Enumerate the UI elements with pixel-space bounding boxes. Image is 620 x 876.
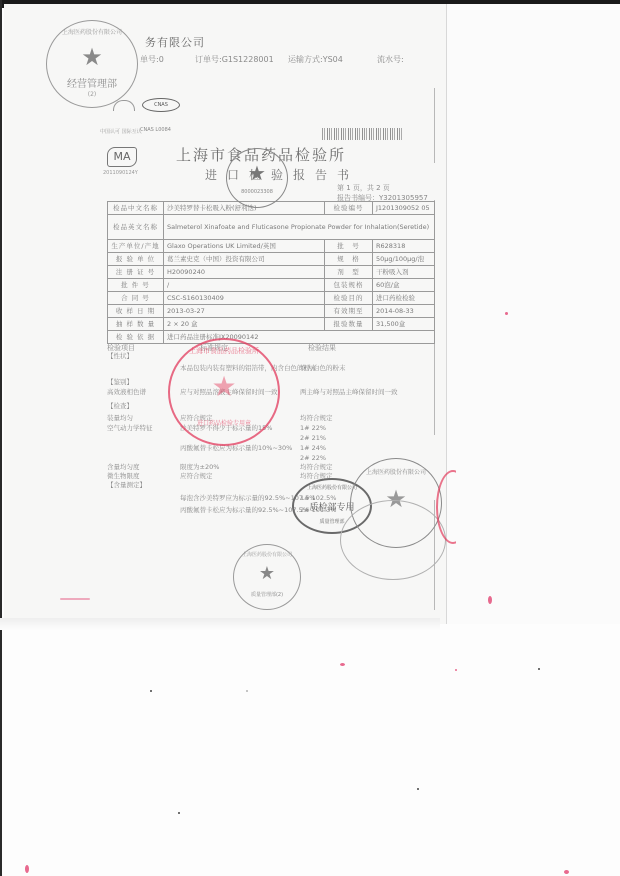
row-value: Glaxo Operations UK Limited/英国 (164, 240, 325, 253)
result-result: 1# 22% (300, 424, 326, 432)
faint-stamp-outline (340, 500, 446, 580)
row-label: 抽 样 数 量 (108, 318, 164, 331)
row-value: 2013-03-27 (164, 305, 325, 318)
result-item: 【性状】 (107, 352, 133, 360)
red-inspection-seal: 上海市食品药品检验所 ★ 进口药品检验专用章 (168, 338, 280, 446)
result-item: 含量均匀度 (107, 463, 140, 471)
sheet-shadow (0, 618, 440, 630)
institute-seal: ★ 8000023308 (226, 148, 288, 208)
row-label: 有效期至 (325, 305, 373, 318)
result-standard: 丙酸氟替卡松应为标示量的10%~30% (180, 444, 292, 452)
ink-speck (564, 870, 569, 874)
page-info: 第 1 页，共 2 页 (337, 183, 390, 193)
transport-method: 运输方式:YS04 (288, 54, 343, 65)
row-value: Salmeterol Xinafoate and Fluticasone Pro… (164, 215, 435, 240)
table-row: 注 册 证 号 H20090240 剂 型 干粉吸入剂 (108, 266, 435, 279)
result-standard: 应符合规定 (180, 472, 213, 480)
ma-logo: MA (107, 147, 137, 167)
dust (538, 668, 540, 670)
result-result: 均符合规定 (300, 463, 333, 471)
row-label: 检 验 依 据 (108, 331, 164, 344)
row-label: 检品英文名称 (108, 215, 164, 240)
table-row: 批 件 号 / 包装规格 60泡/盒 (108, 279, 435, 292)
result-result: 2# 21% (300, 434, 326, 442)
serial-number: 流水号: (377, 54, 404, 65)
row-value: 2014-08-33 (373, 305, 435, 318)
table-row: 检品英文名称 Salmeterol Xinafoate and Fluticas… (108, 215, 435, 240)
result-result: 均为白色的粉末 (300, 364, 346, 372)
row-value: H20090240 (164, 266, 325, 279)
scan-left-edge (0, 0, 2, 876)
row-label: 报 验 单 位 (108, 253, 164, 266)
row-value: 进口药检检验 (373, 292, 435, 305)
row-value: 葛兰素史克（中国）投资有限公司 (164, 253, 325, 266)
results-header-result: 检验结果 (308, 343, 336, 353)
row-value: 60泡/盒 (373, 279, 435, 292)
row-label: 注 册 证 号 (108, 266, 164, 279)
stamp-center-text: 进口药品检验专用章 (170, 418, 278, 427)
bottom-round-stamp: 上海医药股份有限公司 ★ 质量管理部(2) (233, 544, 301, 610)
stamp-ring-text: 上海医药股份有限公司 (351, 467, 441, 476)
result-result: 1# 24% (300, 444, 326, 452)
row-value: CSC-S160130409 (164, 292, 325, 305)
result-item: 【含量测定】 (107, 481, 146, 489)
row-label: 包装规格 (325, 279, 373, 292)
ink-speck (455, 669, 457, 671)
stamp-center-text: 质量管理部(2) (234, 591, 300, 598)
table-row: 生产单位/产地 Glaxo Operations UK Limited/英国 批… (108, 240, 435, 253)
order-number: 订单号:G1S1228001 (195, 54, 274, 65)
star-icon: ★ (227, 161, 287, 185)
row-value: 31,500盒 (373, 318, 435, 331)
row-value: / (164, 279, 325, 292)
dust (178, 812, 180, 814)
row-label: 收 样 日 期 (108, 305, 164, 318)
specimen-info-table: 检品中文名称 沙美特罗替卡松吸入粉(舒利迭) 检验编号 J1201309052 … (107, 201, 435, 344)
border-line (434, 88, 435, 163)
table-row: 检 验 依 据 进口药品注册标准JX20090142 (108, 331, 435, 344)
row-label: 检验编号 (325, 202, 373, 215)
row-label: 规 格 (325, 253, 373, 266)
table-row: 合 同 号 CSC-S160130409 检验目的 进口药检检验 (108, 292, 435, 305)
result-item: 【鉴别】 (107, 378, 133, 386)
result-result: 两主峰与对照品主峰保留时间一致 (300, 388, 398, 396)
cnas-logo: CNAS (142, 98, 180, 112)
result-item: 高效液相色谱 (107, 388, 146, 396)
row-value: 干粉吸入剂 (373, 266, 435, 279)
result-item: 装量均匀 (107, 414, 133, 422)
table-row: 收 样 日 期 2013-03-27 有效期至 2014-08-33 (108, 305, 435, 318)
result-item: 【检查】 (107, 402, 133, 410)
border-line (434, 340, 435, 435)
ink-speck (340, 663, 345, 666)
row-label: 批 件 号 (108, 279, 164, 292)
dust (246, 690, 248, 692)
table-row: 报 验 单 位 葛兰素史克（中国）投资有限公司 规 格 50μg/100μg/泡 (108, 253, 435, 266)
stamp-ring-text: 上海医药股份有限公司 (234, 551, 300, 558)
row-value: J1201309052 05 (373, 202, 435, 215)
result-standard: 丙酸氟替卡松应为标示量的92.5%~107.5% (180, 506, 309, 514)
result-item: 空气动力学特征 (107, 424, 153, 432)
dust (150, 690, 152, 692)
star-icon: ★ (234, 563, 300, 584)
row-label: 报验数量 (325, 318, 373, 331)
ilac-subtitle: 中国认可 国际互认 (100, 128, 142, 135)
star-icon: ★ (170, 370, 278, 403)
company-name: 务有限公司 (145, 34, 205, 50)
stamp-number: (2) (47, 91, 137, 98)
result-result: 均符合规定 (300, 414, 333, 422)
ink-speck (25, 865, 29, 873)
row-value: 2 × 20 盒 (164, 318, 325, 331)
doc-number: 单号:0 (140, 54, 164, 65)
dust (417, 788, 419, 790)
row-label: 合 同 号 (108, 292, 164, 305)
row-label: 检品中文名称 (108, 202, 164, 215)
top-left-stamp: 上海医药股份有限公司 ★ 经营管理部 (2) (46, 20, 138, 108)
blank-page-right (447, 4, 620, 624)
ink-speck (488, 596, 492, 604)
barcode (322, 128, 402, 140)
ma-code: 2011090124Y (103, 170, 138, 176)
result-item: 微生物限度 (107, 472, 140, 480)
row-value: R628318 (373, 240, 435, 253)
stamp-number: 8000023308 (227, 189, 287, 195)
stamp-center-text: 经营管理部 (47, 75, 137, 90)
ink-streak (60, 598, 90, 600)
result-result: 2# 22% (300, 454, 326, 462)
stamp-ring-text: 上海医药股份有限公司 (47, 27, 137, 36)
row-label: 检验目的 (325, 292, 373, 305)
row-value: 50μg/100μg/泡 (373, 253, 435, 266)
row-label: 批 号 (325, 240, 373, 253)
table-row: 抽 样 数 量 2 × 20 盒 报验数量 31,500盒 (108, 318, 435, 331)
result-standard: 限度为±20% (180, 463, 219, 471)
cnas-code: CNAS L0084 (140, 127, 171, 133)
stamp-ring-text: 上海市食品药品检验所 (170, 346, 278, 356)
row-label: 剂 型 (325, 266, 373, 279)
star-icon: ★ (47, 43, 137, 71)
row-label: 生产单位/产地 (108, 240, 164, 253)
ink-speck (505, 312, 508, 315)
